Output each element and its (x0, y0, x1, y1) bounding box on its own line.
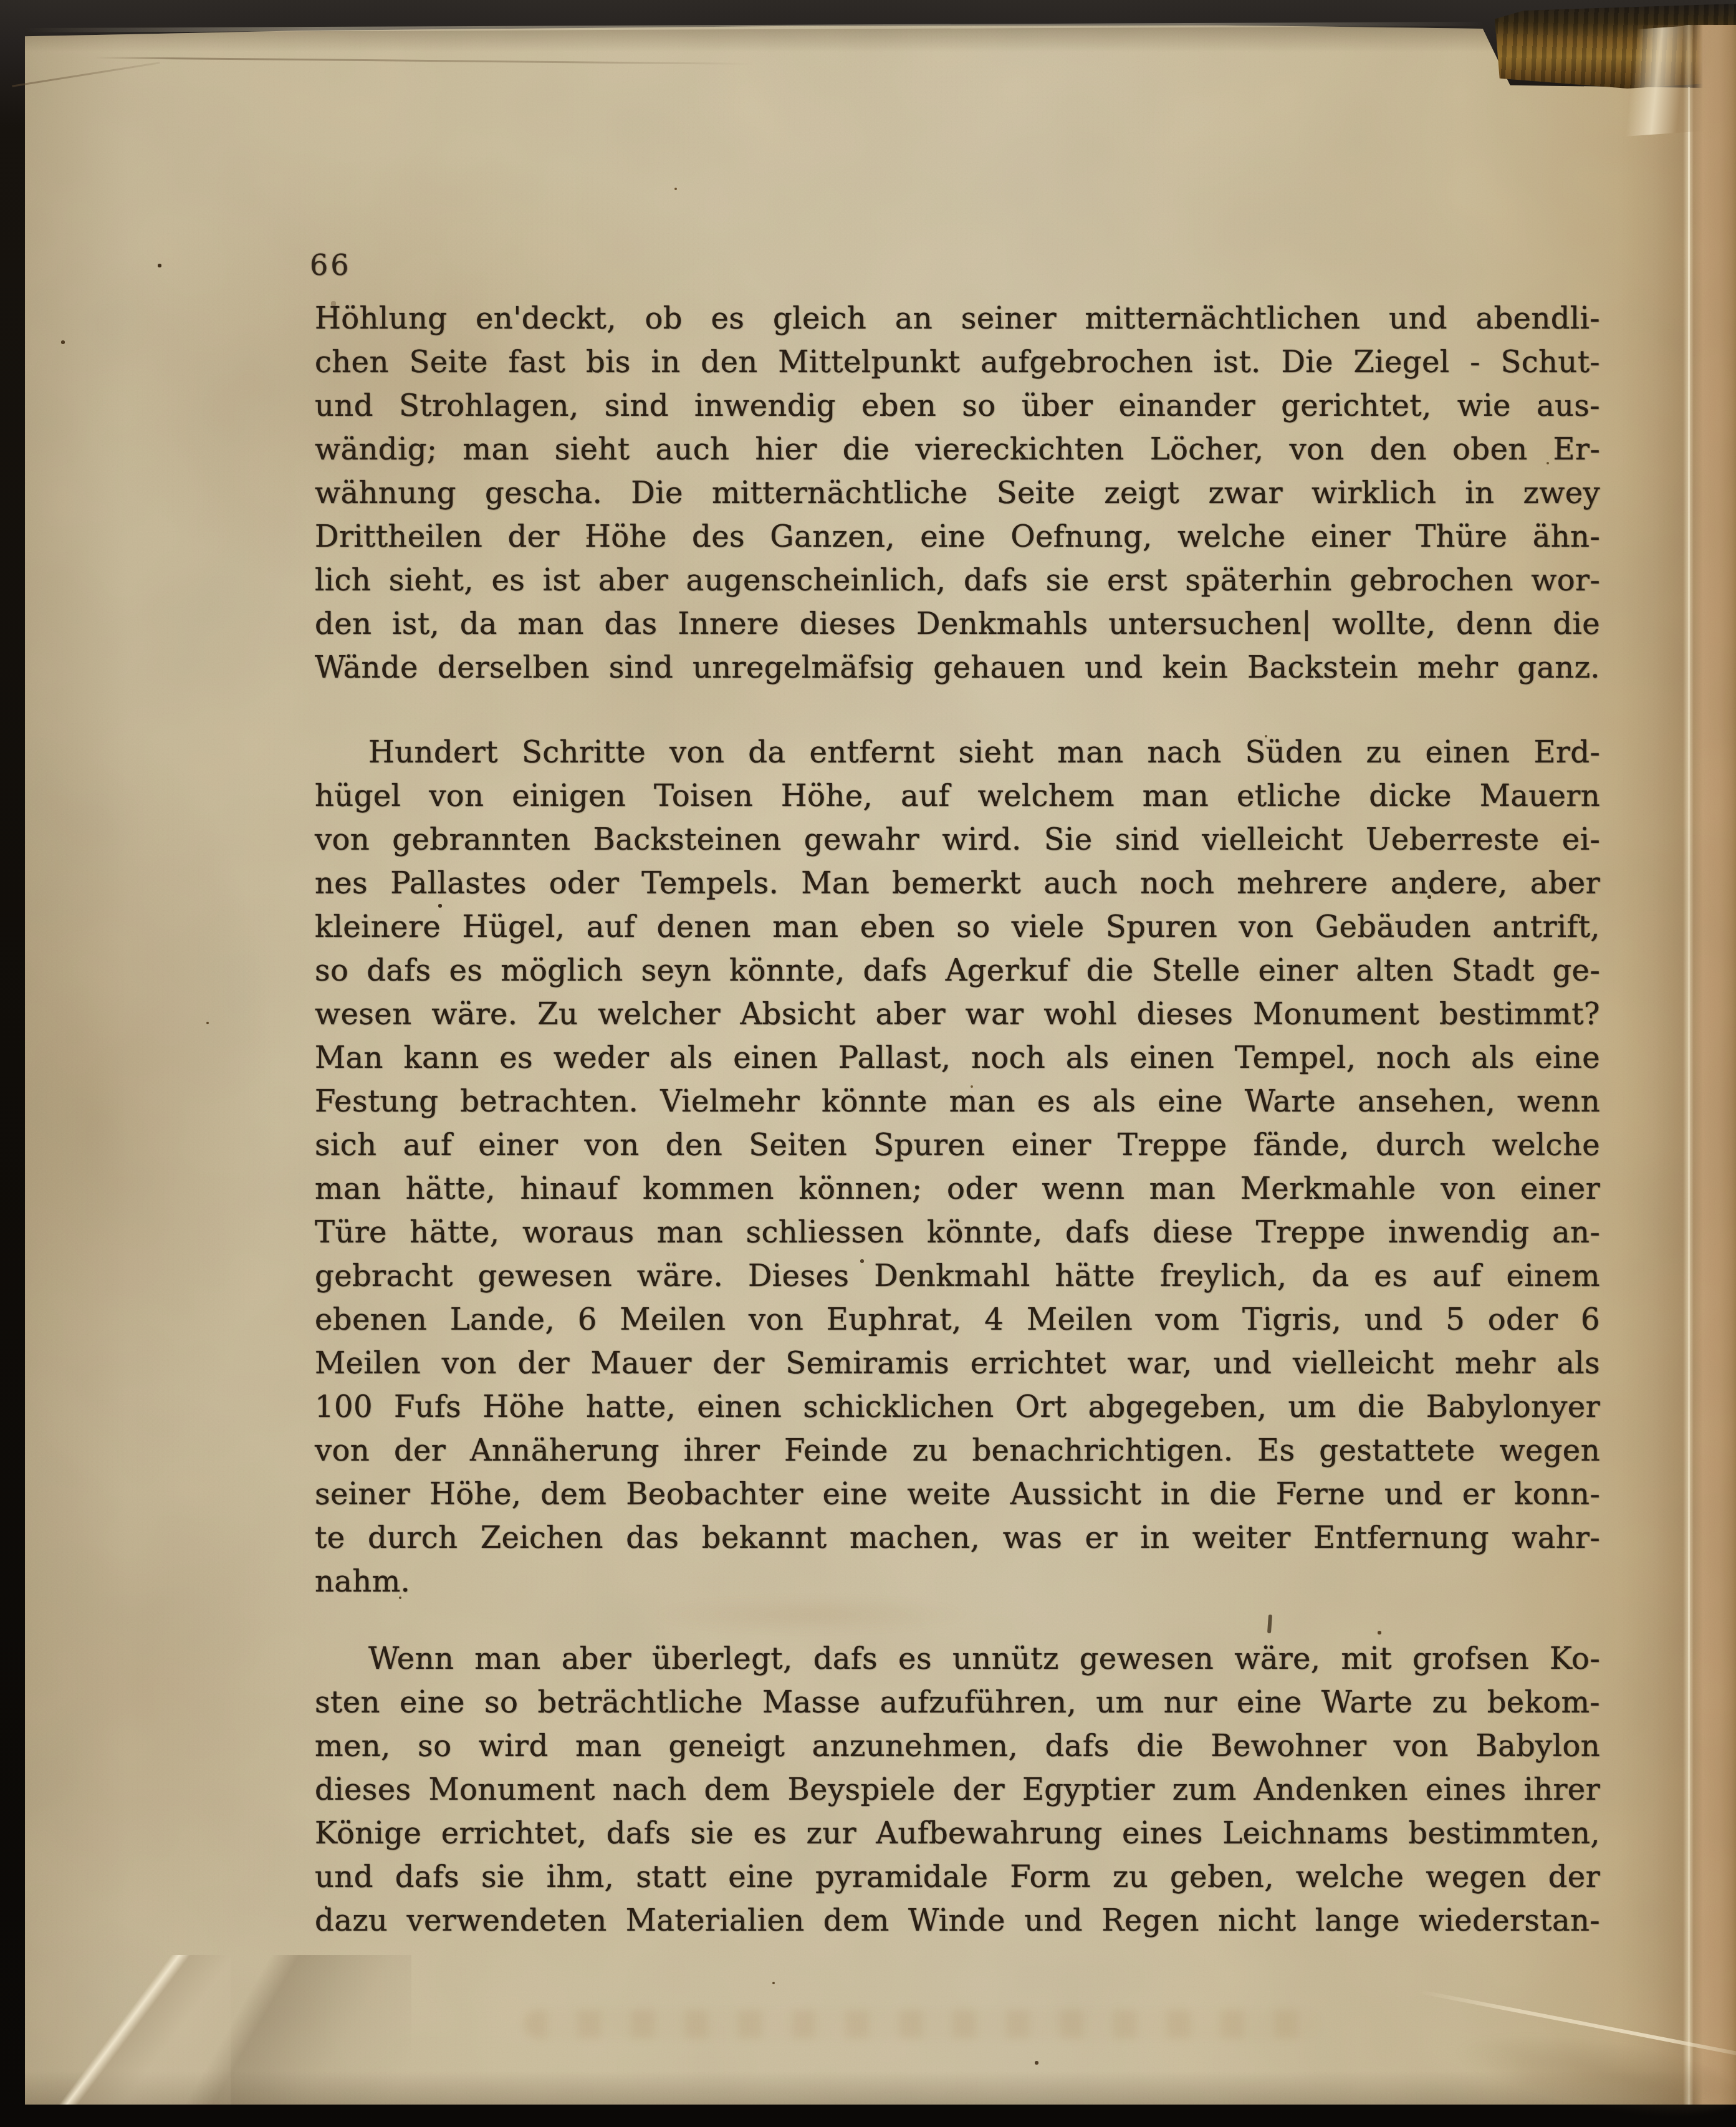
bottom-left-dogear-fold (25, 1955, 231, 2105)
text-line: dazu verwendeten Materialien dem Winde u… (315, 1899, 1600, 1942)
text-line: seiner Höhe, dem Beobachter eine weite A… (315, 1472, 1600, 1516)
paragraph: Wenn man aber überlegt, dafs es unnütz g… (315, 1637, 1600, 1942)
text-line: Türe hätte, woraus man schliessen könnte… (315, 1211, 1600, 1254)
text-line: den ist, da man das Innere dieses Denkma… (315, 602, 1600, 646)
text-line: von der Annäherung ihrer Feinde zu benac… (315, 1429, 1600, 1472)
text-line: nes Pallastes oder Tempels. Man bemerkt … (315, 862, 1600, 905)
text-line: wähnung gescha. Die mitternächtliche Sei… (315, 471, 1600, 515)
text-line: wesen wäre. Zu welcher Absicht aber war … (315, 992, 1600, 1036)
text-line: sten eine so beträchtliche Masse aufzufü… (315, 1681, 1600, 1724)
text-line: Man kann es weder als einen Pallast, noc… (315, 1036, 1600, 1080)
text-line: kleinere Hügel, auf denen man eben so vi… (315, 905, 1600, 949)
text-line: Wände derselben sind unregelmäfsig gehau… (315, 646, 1600, 689)
text-line: dieses Monument nach dem Beyspiele der E… (315, 1768, 1600, 1812)
paper-specks (0, 0, 1, 1)
text-line: Könige errichtet, dafs sie es zur Aufbew… (315, 1812, 1600, 1855)
text-line: Wenn man aber überlegt, dafs es unnütz g… (315, 1637, 1600, 1681)
paragraph: Hundert Schritte von da entfernt sieht m… (315, 731, 1600, 1603)
text-block: Höhlung en'deckt, ob es gleich an seiner… (315, 0, 1600, 1942)
text-line: 100 Fufs Höhe hatte, einen schicklichen … (315, 1385, 1600, 1429)
text-line: chen Seite fast bis in den Mittelpunkt a… (315, 340, 1600, 384)
page-edge-band (1618, 25, 1736, 2105)
text-line: Meilen von der Mauer der Semiramis erric… (315, 1342, 1600, 1385)
text-line: men, so wird man geneigt anzunehmen, daf… (315, 1724, 1600, 1768)
book-scan-scene: 66 Höhlung en'deckt, ob es gleich an sei… (0, 0, 1736, 2127)
text-line: gebracht gewesen wäre. Dieses Denkmahl h… (315, 1254, 1600, 1298)
top-right-corner-curl (1592, 22, 1736, 138)
text-line: von gebrannten Backsteinen gewahr wird. … (315, 818, 1600, 862)
text-line: hügel von einigen Toisen Höhe, auf welch… (315, 774, 1600, 818)
text-line: Festung betrachten. Vielmehr könnte man … (315, 1080, 1600, 1123)
text-line: und Strohlagen, sind inwendig eben so üb… (315, 384, 1600, 428)
text-line: so dafs es möglich seyn könnte, dafs Age… (315, 949, 1600, 992)
text-line: ebenen Lande, 6 Meilen von Euphrat, 4 Me… (315, 1298, 1600, 1342)
text-line: Höhlung en'deckt, ob es gleich an seiner… (315, 297, 1600, 340)
text-line: und dafs sie ihm, statt eine pyramidale … (315, 1855, 1600, 1899)
text-line: sich auf einer von den Seiten Spuren ein… (315, 1123, 1600, 1167)
text-line: Hundert Schritte von da entfernt sieht m… (315, 731, 1600, 774)
text-line: man hätte, hinauf kommen können; oder we… (315, 1167, 1600, 1211)
paragraph: Höhlung en'deckt, ob es gleich an seiner… (315, 297, 1600, 689)
text-line: nahm. (315, 1560, 1600, 1603)
text-line: Drittheilen der Höhe des Ganzen, eine Oe… (315, 515, 1600, 559)
text-line: lich sieht, es ist aber augenscheinlich,… (315, 559, 1600, 602)
verso-show-through (524, 2010, 1321, 2038)
page-fold-line (1688, 87, 1690, 2105)
text-line: wändig; man sieht auch hier die vierecki… (315, 428, 1600, 471)
text-line: te durch Zeichen das bekannt machen, was… (315, 1516, 1600, 1560)
